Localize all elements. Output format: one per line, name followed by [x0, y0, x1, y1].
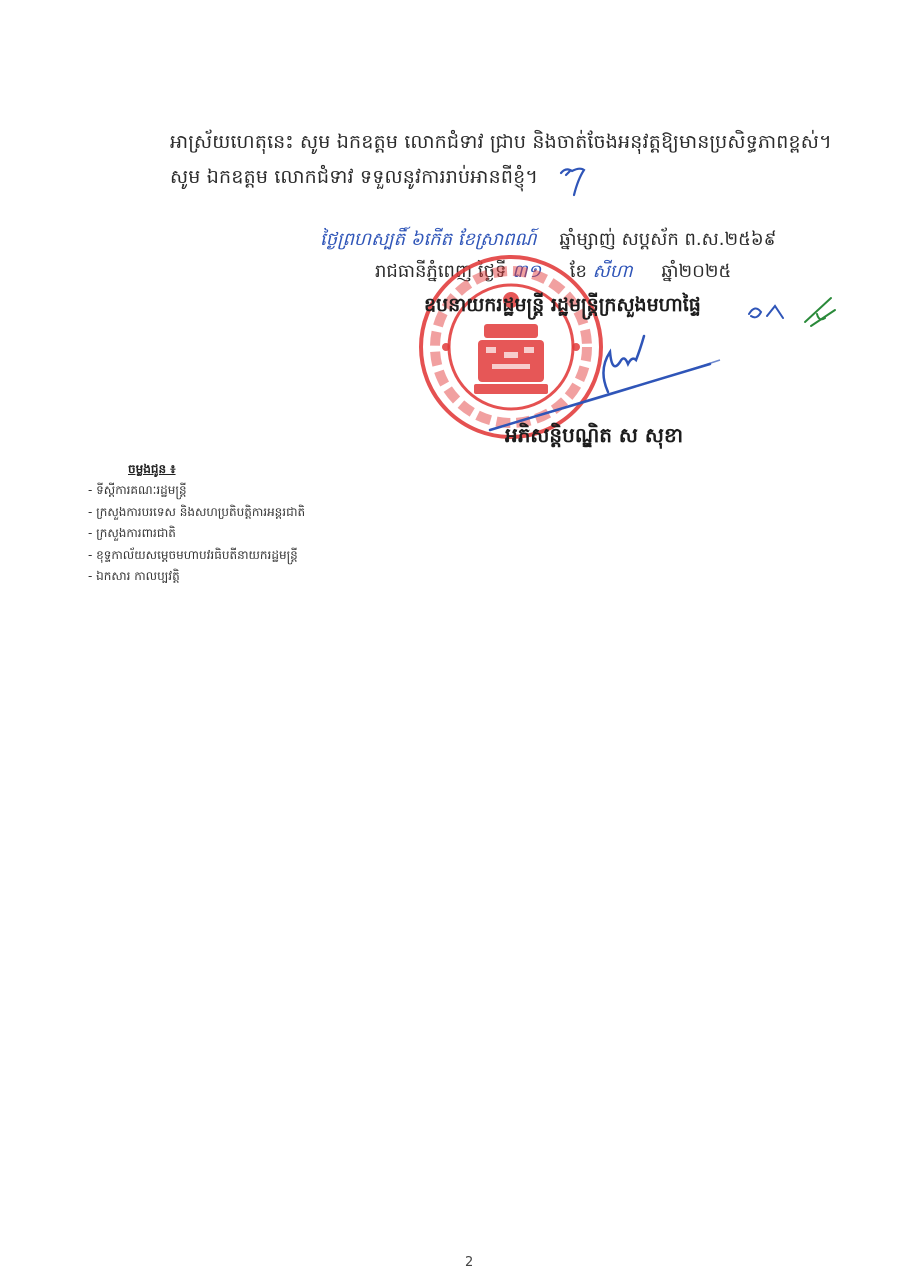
- lunar-date-handwritten: ថ្ងៃព្រហស្បតិ៍ ៦កើត ខែស្រាពណ៍: [320, 229, 537, 250]
- cc-list: - ទីស្តីការគណៈរដ្ឋមន្ត្រី - ក្រសួងការបរទ…: [88, 480, 305, 588]
- cc-item: - ក្រសួងការបរទេស និងសហប្រតិបត្តិការអន្តរ…: [88, 502, 305, 524]
- signer-title: ឧបនាយករដ្ឋមន្ត្រី រដ្ឋមន្ត្រីក្រសួងមហាផ្…: [424, 293, 701, 321]
- year-text: ឆ្នាំ២០២៥: [661, 261, 731, 282]
- lunar-date-line: ថ្ងៃព្រហស្បតិ៍ ៦កើត ខែស្រាពណ៍ ឆ្នាំម្សាញ…: [320, 227, 776, 254]
- document-page: អាស្រ័យហេតុនេះ សូម ឯកឧត្តម លោកជំទាវ ជ្រា…: [0, 0, 901, 1280]
- cc-item: - ឯកសារ កាលប្បវត្តិ: [88, 566, 305, 588]
- body-paragraph-line-2: សូម ឯកឧត្តម លោកជំទាវ ទទួលនូវការរាប់អានពី…: [170, 165, 538, 193]
- cc-item: - ខុទ្ទកាល័យសម្តេចមហាបវរធិបតីនាយករដ្ឋមន្…: [88, 545, 305, 567]
- signer-name: អភិសន្តិបណ្ឌិត ស សុខា: [505, 422, 683, 452]
- handwritten-initials-icon: [745, 292, 840, 332]
- cc-heading: ចម្លងជូន ៖: [128, 461, 176, 479]
- cc-item: - ទីស្តីការគណៈរដ្ឋមន្ត្រី: [88, 480, 305, 502]
- cc-item: - ក្រសួងការពារជាតិ: [88, 523, 305, 545]
- lunar-year-text: ឆ្នាំម្សាញ់ សប្តស័ក ព.ស.២៥៦៩: [559, 229, 776, 250]
- handwritten-initial-icon: [558, 165, 588, 201]
- page-number: 2: [465, 1255, 473, 1270]
- body-paragraph-line-1: អាស្រ័យហេតុនេះ សូម ឯកឧត្តម លោកជំទាវ ជ្រា…: [170, 130, 832, 158]
